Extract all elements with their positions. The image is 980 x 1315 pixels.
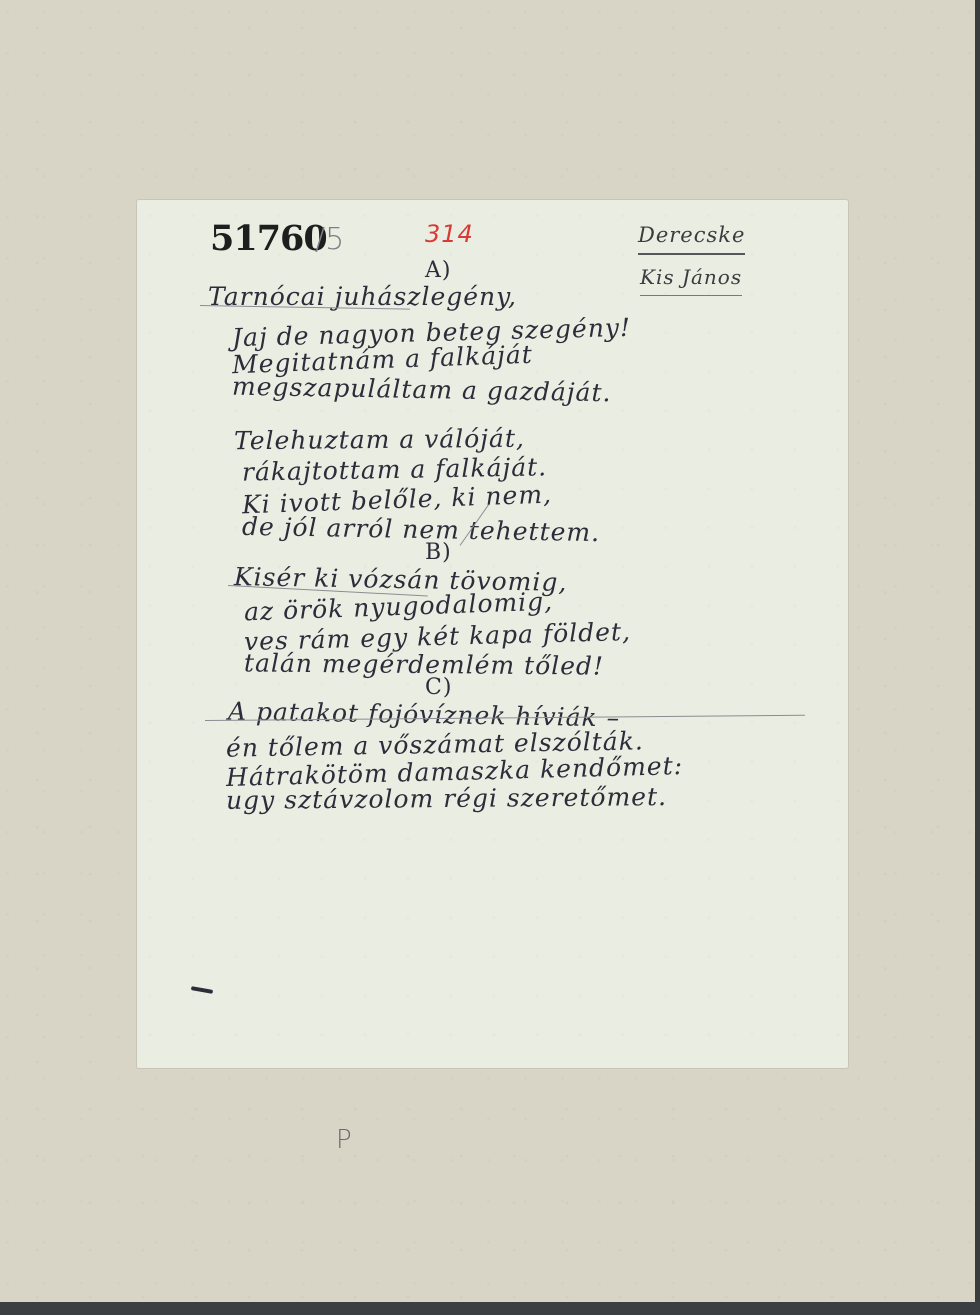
verse-line: Telehuztam a válóját, xyxy=(234,424,525,456)
catalog-number: 51760 xyxy=(210,218,327,259)
mount-pencil-mark: P xyxy=(336,1125,352,1155)
verse-line: ugy sztávzolom régi szeretőmet. xyxy=(226,782,667,815)
verse-line: de jól arról nem tehettem. xyxy=(242,512,601,547)
scan-edge-right xyxy=(975,0,980,1315)
section-label-a: A) xyxy=(425,258,451,283)
scan-edge-bottom xyxy=(0,1302,980,1315)
red-page-number: 314 xyxy=(425,220,474,248)
collector-name: Kis János xyxy=(640,265,742,296)
place-name: Derecske xyxy=(638,223,745,255)
section-label-c: C) xyxy=(425,675,452,700)
section-label-b: B) xyxy=(425,540,452,565)
catalog-sub-number: /5 xyxy=(315,222,344,257)
